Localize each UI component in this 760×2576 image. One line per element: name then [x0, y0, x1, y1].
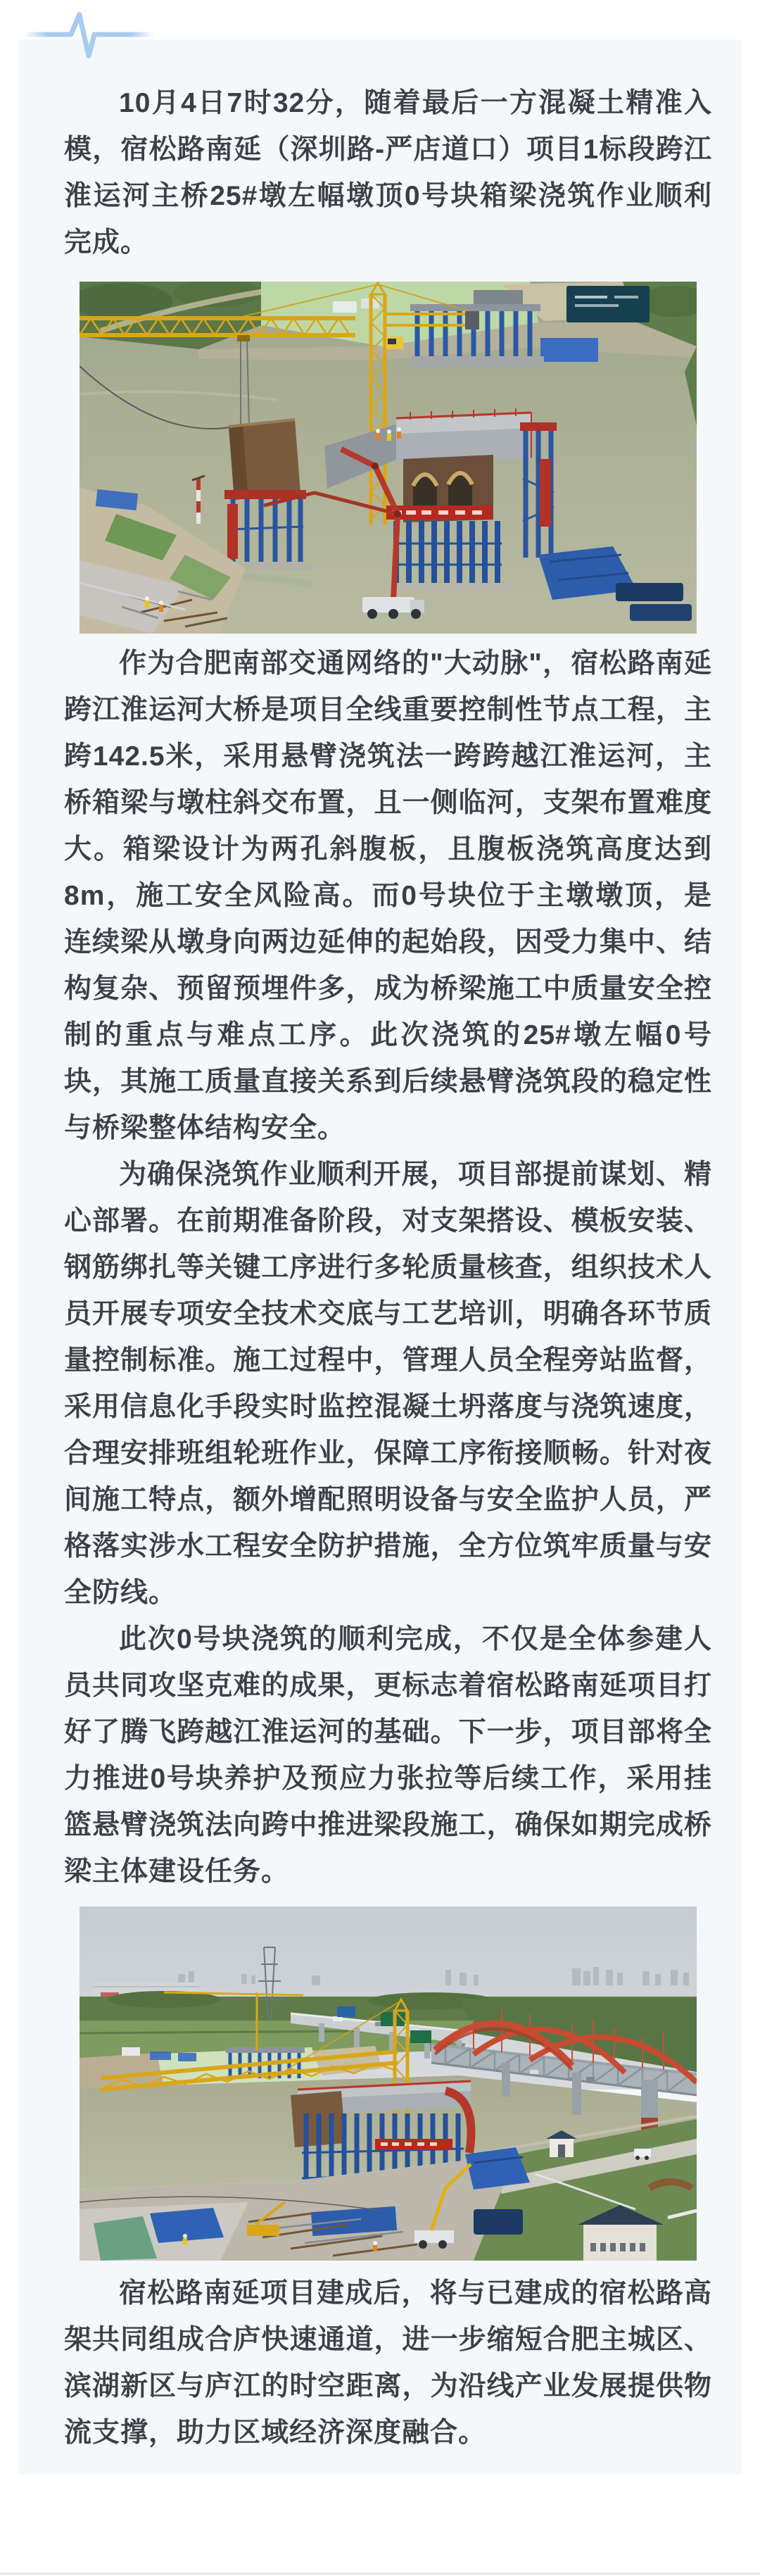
paragraph-2: 作为合肥南部交通网络的"大动脉"，宿松路南延跨江淮运河大桥是项目全线重要控制性节… [64, 641, 712, 1152]
pulse-icon [21, 8, 156, 63]
construction-photo-1 [80, 282, 697, 634]
article-page: 10月4日7时32分，随着最后一方混凝土精准入模，宿松路南延（深圳路-严店道口）… [0, 0, 760, 2576]
paragraph-5: 宿松路南延项目建成后，将与已建成的宿松路高架共同组成合庐快速通道，进一步缩短合肥… [64, 2270, 712, 2456]
bottom-divider [0, 2572, 760, 2575]
paragraph-1: 10月4日7时32分，随着最后一方混凝土精准入模，宿松路南延（深圳路-严店道口）… [64, 80, 712, 266]
article-image-1 [80, 282, 697, 634]
paragraph-3: 为确保浇筑作业顺利开展，项目部提前谋划、精心部署。在前期准备阶段，对支架搭设、模… [64, 1152, 712, 1616]
paragraph-4: 此次0号块浇筑的顺利完成，不仅是全体参建人员共同攻坚克难的成果，更标志着宿松路南… [64, 1616, 712, 1895]
construction-photo-2 [80, 1906, 697, 2261]
article-image-2 [80, 1906, 697, 2261]
article-card: 10月4日7时32分，随着最后一方混凝土精准入模，宿松路南延（深圳路-严店道口）… [19, 39, 742, 2475]
